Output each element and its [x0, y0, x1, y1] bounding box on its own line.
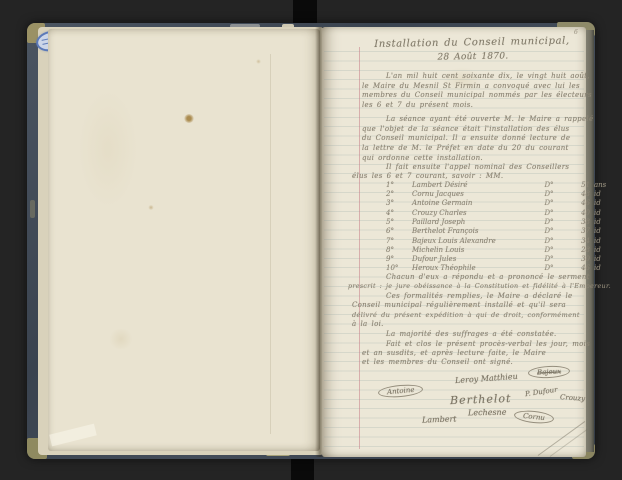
manuscript-line: Chacun d'eux a répondu et a prononcé le … [386, 273, 590, 281]
ditto-mark: D° [528, 218, 570, 226]
manuscript-line: La majorité des suffrages a été constaté… [386, 330, 557, 338]
roll-call-row: 2° Cornu Jacques D° 48 id [386, 190, 614, 198]
roll-call-row: 6° Berthelot François D° 37 id [386, 227, 614, 235]
age-unit: ans [590, 181, 614, 189]
manuscript-line: La séance ayant été ouverte M. le Maire … [386, 115, 593, 123]
councillor-name: Bajeux Louis Alexandre [412, 237, 528, 245]
manuscript-line: et an susdits, et après lecture faite, l… [362, 349, 546, 357]
councillor-age: 51 [570, 181, 590, 189]
manuscript-line: L'an mil huit cent soixante dix, le ving… [386, 72, 590, 80]
signature: Lechesne [468, 408, 507, 418]
page-stain [78, 89, 138, 209]
councillor-age: 46 [570, 264, 590, 272]
manuscript-line: du Conseil municipal. Il a ensuite donné… [362, 134, 570, 142]
signature: Berthelot [450, 392, 512, 407]
manuscript-line: que l'objet de la séance était l'install… [362, 125, 569, 133]
margin-rule-line [359, 47, 360, 449]
councillor-name: Dufour Jules [412, 255, 528, 263]
ditto-mark: D° [528, 255, 570, 263]
age-unit: id [590, 190, 614, 198]
ditto-mark: D° [528, 246, 570, 254]
age-unit: id [590, 227, 614, 235]
ditto-mark: D° [528, 209, 570, 217]
manuscript-line: Ces formalités remplies, le Maire a décl… [386, 292, 572, 300]
page-stain [256, 59, 261, 64]
manuscript-line: à la loi. [352, 320, 384, 328]
councillor-number: 3° [386, 199, 412, 207]
manuscript-line: le Maire du Mesnil St Firmin a convoqué … [362, 82, 580, 90]
roll-call-row: 5° Paillard Joseph D° 38 id [386, 218, 614, 226]
councillor-name: Michelin Louis [412, 246, 528, 254]
roll-call-row: 1° Lambert Désiré D° 51 ans [386, 181, 614, 189]
cover-wear-mark [30, 200, 35, 218]
councillor-number: 7° [386, 237, 412, 245]
councillor-name: Antoine Germain [412, 199, 528, 207]
councillor-name: Cornu Jacques [412, 190, 528, 198]
councillor-number: 2° [386, 190, 412, 198]
councillor-age: 48 [570, 190, 590, 198]
ditto-mark: D° [528, 227, 570, 235]
roll-call-row: 3° Antoine Germain D° 46 id [386, 199, 614, 207]
councillor-number: 9° [386, 255, 412, 263]
councillor-name: Crouzy Charles [412, 209, 528, 217]
right-page: 6 Installation du Conseil municipal, 28 … [322, 27, 586, 457]
councillor-number: 8° [386, 246, 412, 254]
manuscript-line: les 6 et 7 du présent mois. [362, 101, 473, 109]
councillor-number: 5° [386, 218, 412, 226]
manuscript-line: qui ordonne cette installation. [362, 154, 483, 162]
roll-call-row: 7° Bajeux Louis Alexandre D° 34 id [386, 237, 614, 245]
councillor-age: 40 [570, 209, 590, 217]
show-through-rule [270, 54, 271, 434]
manuscript-line: et les membres du Conseil ont signé. [362, 358, 513, 366]
manuscript-line: la lettre de M. le Préfet en date du 20 … [362, 144, 569, 152]
manuscript-line: Il fait ensuite l'appel nominal des Cons… [386, 163, 569, 171]
scanned-document-viewport: 6 Installation du Conseil municipal, 28 … [0, 0, 622, 480]
manuscript-line: délivré du présent expédition à qui de d… [352, 311, 580, 319]
councillor-name: Berthelot François [412, 227, 528, 235]
roll-call-row: 4° Crouzy Charles D° 40 id [386, 209, 614, 217]
ditto-mark: D° [528, 190, 570, 198]
ditto-mark: D° [528, 237, 570, 245]
councillor-number: 4° [386, 209, 412, 217]
left-page [48, 29, 320, 451]
page-stain [108, 329, 134, 349]
manuscript-line: membres du Conseil municipal nommés par … [362, 91, 592, 99]
page-stain [148, 205, 154, 210]
manuscript-line: prescrit : je jure obéissance à la Const… [348, 282, 611, 290]
councillor-name: Lambert Désiré [412, 181, 528, 189]
age-unit: id [590, 246, 614, 254]
councillor-age: 28 [570, 246, 590, 254]
councillor-age: 30 [570, 255, 590, 263]
roll-call-row: 8° Michelin Louis D° 28 id [386, 246, 614, 254]
councillor-number: 1° [386, 181, 412, 189]
manuscript-date: 28 Août 1870. [418, 51, 528, 63]
manuscript-line: Fait et clos le présent procès-verbal le… [386, 340, 590, 348]
page-stain [184, 114, 194, 123]
roll-call-row: 9° Dufour Jules D° 30 id [386, 255, 614, 263]
page-number: 6 [574, 29, 578, 36]
age-unit: id [590, 209, 614, 217]
age-unit: id [590, 237, 614, 245]
age-unit: id [590, 218, 614, 226]
councillor-name: Heroux Théophile [412, 264, 528, 272]
councillor-number: 10° [386, 264, 412, 272]
councillor-age: 37 [570, 227, 590, 235]
councillor-age: 38 [570, 218, 590, 226]
signature: Crouzy [560, 393, 586, 403]
roll-call-row: 10° Heroux Théophile D° 46 id [386, 264, 614, 272]
councillor-age: 46 [570, 199, 590, 207]
manuscript-line: Conseil municipal régulièrement installé… [352, 301, 566, 309]
councillor-name: Paillard Joseph [412, 218, 528, 226]
page-corner-fold [49, 424, 97, 447]
signature: Lambert [422, 414, 457, 424]
ditto-mark: D° [528, 199, 570, 207]
age-unit: id [590, 255, 614, 263]
age-unit: id [590, 199, 614, 207]
age-unit: id [590, 264, 614, 272]
ditto-mark: D° [528, 181, 570, 189]
ditto-mark: D° [528, 264, 570, 272]
manuscript-line: élus les 6 et 7 courant, savoir : MM. [352, 172, 503, 180]
councillor-number: 6° [386, 227, 412, 235]
manuscript-title: Installation du Conseil municipal, [372, 36, 572, 50]
councillor-age: 34 [570, 237, 590, 245]
